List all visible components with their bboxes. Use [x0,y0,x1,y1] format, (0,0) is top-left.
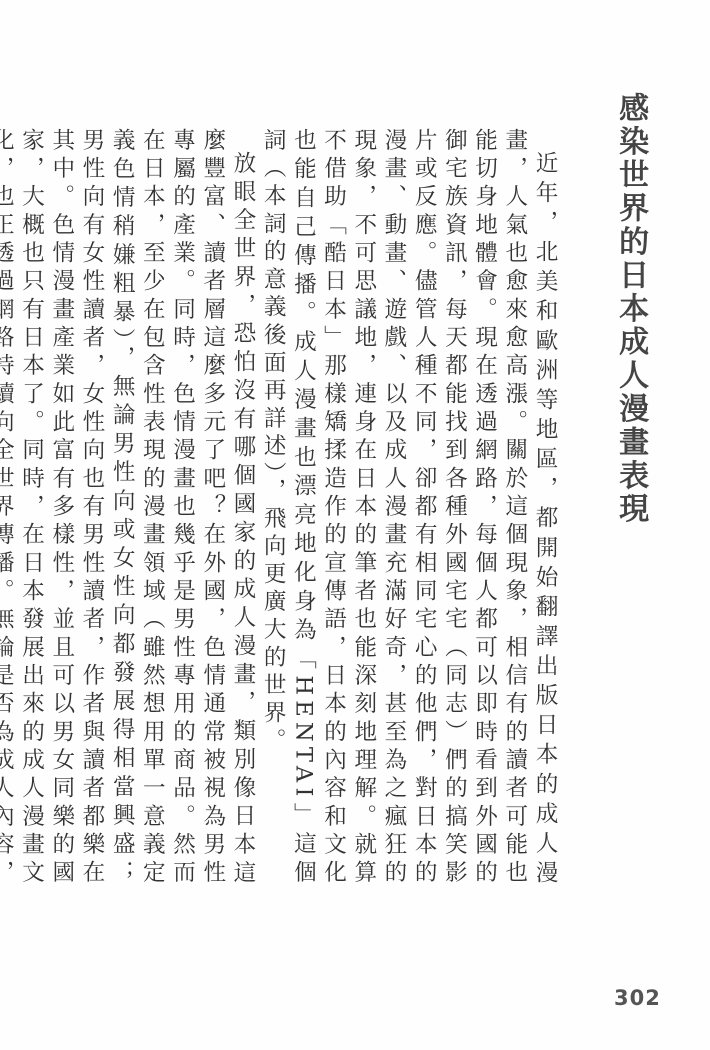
chapter-title: 感染世界的日本成人漫畫表現 [610,92,650,526]
page-number: 302 [614,986,661,1010]
paragraph-1: 近年，北美和歐洲等地區，都開始翻譯出版日本的成人漫畫，人氣也愈來愈高漲。關於這個… [258,128,560,888]
book-page: 感染世界的日本成人漫畫表現 近年，北美和歐洲等地區，都開始翻譯出版日本的成人漫畫… [0,0,710,1050]
body-text: 近年，北美和歐洲等地區，都開始翻譯出版日本的成人漫畫，人氣也愈來愈高漲。關於這個… [0,128,560,888]
paragraph-2: 放眼全世界，恐怕沒有哪個國家的成人漫畫，類別像日本這麼豐富、讀者層這麼多元了吧？… [0,128,258,888]
